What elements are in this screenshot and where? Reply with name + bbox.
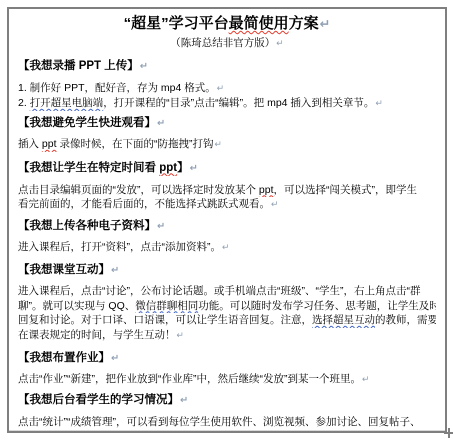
- section-heading-timed-release: 【我想让学生在特定时间看 ppt】↵: [18, 161, 436, 176]
- paragraph-interaction-line4: 在课表规定的时间，与学生互动！↵: [18, 328, 436, 343]
- spellcheck-span: ppt: [42, 138, 57, 150]
- section-heading-prevent-skip: 【我想避免学生快进观看】↵: [18, 116, 436, 131]
- heading-text: 【我想避免学生快进观看】: [18, 117, 156, 129]
- doc-title-pre: “超星”学习平台: [124, 15, 229, 32]
- paragraph-timed-release-line2: 看完前面的，才能看后面的，不能选择式跳跃式观看。↵: [18, 197, 436, 212]
- paragraph-mark-icon: ↵: [319, 16, 331, 31]
- doc-title-post: 方案: [289, 15, 319, 32]
- paragraph-mark-icon: ↵: [374, 98, 382, 108]
- paragraph-text: 聊”。就可以实现与 QQ、: [18, 300, 135, 312]
- paragraph-mark-icon: ↵: [110, 265, 119, 276]
- paragraph-assign-homework: 点击“作业”“新建”，把作业放到“作业库”中，然后继续“发放”到某一个班里。↵: [18, 372, 436, 387]
- paragraph-mark-icon: ↵: [139, 61, 148, 72]
- doc-subtitle-text: （陈琦总结非官方版）: [170, 37, 275, 49]
- paragraph-text: 进入课程后，打开“资料”，点击“添加资料”。: [18, 241, 221, 253]
- grammar-check-span: 微信群聊相同: [135, 300, 198, 312]
- grammar-check-span: 选择超星互动: [312, 314, 375, 326]
- list-item-text: ，打开课程的“目录”点击“编辑”。把 mp4 插入到相关章节。: [103, 97, 374, 109]
- paragraph-text: 点击“作业”“新建”，把作业放到“作业库”中，然后继续“发放”到某一个班里。: [18, 373, 361, 385]
- page-bottom-highlight: [9, 430, 445, 431]
- paragraph-mark-icon: ↵: [156, 118, 165, 129]
- heading-text: 【我想课堂互动】: [18, 264, 110, 276]
- paragraph-mark-icon: ↵: [179, 395, 188, 406]
- paragraph-timed-release-line1: 点击目录编辑页面的“发放”，可以选择定时发放某个 ppt，可以选择“闯关模式”，…: [18, 183, 436, 198]
- paragraph-mark-icon: ↵: [221, 242, 229, 252]
- paragraph-mark-icon: ↵: [213, 139, 221, 149]
- paragraph-text: 功能。可以随时发布学习任务、思考题，让学生及时: [198, 300, 436, 312]
- section-heading-record-ppt: 【我想录播 PPT 上传】↵: [18, 59, 436, 74]
- paragraph-upload-materials: 进入课程后，打开“资料”，点击“添加资料”。↵: [18, 240, 436, 255]
- list-item-text: 1. 制作好 PPT，配好音，存为 mp4 格式。: [18, 82, 216, 94]
- paragraph-mark-icon: ↵: [361, 374, 369, 384]
- list-item-number: 2.: [18, 97, 30, 109]
- paragraph-prevent-skip: 插入 ppt 录像时候，在下面的“防拖拽”打钩↵: [18, 137, 436, 152]
- section-heading-view-progress: 【我想后台看学生的学习情况】↵: [18, 393, 436, 408]
- paragraph-mark-icon: ↵: [176, 330, 184, 340]
- paragraph-text: 点击目录编辑页面的“发放”，可以选择定时发放某个: [18, 184, 259, 196]
- paragraph-mark-icon: ↵: [216, 83, 224, 93]
- paragraph-text: 录像时候，在下面的“防拖拽”打钩: [57, 138, 214, 150]
- paragraph-view-progress: 点击“统计”“成绩管理”，可以看到每位学生使用软件、浏览视频、参加讨论、回复帖子…: [18, 415, 436, 430]
- list-item-2: 2. 打开超星电脑端，打开课程的“目录”点击“编辑”。把 mp4 插入到相关章节…: [18, 96, 436, 111]
- spellcheck-span: ppt: [159, 162, 177, 174]
- paragraph-text: 的教师，需要: [375, 314, 436, 326]
- paragraph-text: 看完前面的，才能看后面的，不能选择式跳跃式观看。: [18, 198, 270, 210]
- paragraph-text: ，可以选择“闯关模式”，即学生: [274, 184, 418, 196]
- heading-text: 【我想布置作业】: [18, 352, 110, 364]
- paragraph-mark-icon: ↵: [110, 353, 119, 364]
- heading-text: 【我想上传各种电子资料】: [18, 220, 156, 232]
- paragraph-interaction-line1: 进入课程后，点击“讨论”，公布讨论话题。或手机端点击“班级”、“学生”，右上角点…: [18, 284, 436, 299]
- spellcheck-span: ppt: [259, 184, 274, 196]
- paragraph-text: 插入: [18, 138, 42, 150]
- paragraph-mark-icon: ↵: [275, 38, 283, 48]
- paragraph-text: 在课表规定的时间，与学生互动！: [18, 329, 176, 341]
- paragraph-text: 回复和讨论。对于口译、口语课，可以让学生语音回复。注意，: [18, 314, 312, 326]
- section-heading-class-interaction: 【我想课堂互动】↵: [18, 263, 436, 278]
- heading-text: 【我想录播 PPT 上传】: [18, 60, 139, 72]
- document-page: “超星”学习平台最简使用方案↵ （陈琦总结非官方版）↵ 【我想录播 PPT 上传…: [7, 7, 447, 433]
- paragraph-mark-icon: ↵: [270, 199, 278, 209]
- doc-title: “超星”学习平台最简使用方案↵: [18, 14, 436, 33]
- paragraph-text: 进入课程后，点击“讨论”，公布讨论话题。或手机端点击“班级”、“学生”，右上角点…: [18, 285, 420, 297]
- paragraph-interaction-line3: 回复和讨论。对于口译、口语课，可以让学生语音回复。注意，选择超星互动的教师，需要: [18, 313, 436, 328]
- heading-text: 【我想让学生在特定时间看: [18, 162, 159, 174]
- paragraph-interaction-line2: 聊”。就可以实现与 QQ、微信群聊相同功能。可以随时发布学习任务、思考题，让学生…: [18, 299, 436, 314]
- section-heading-assign-homework: 【我想布置作业】↵: [18, 351, 436, 366]
- doc-title-spellcheck-span: 最简使用: [229, 15, 289, 32]
- list-item-1: 1. 制作好 PPT，配好音，存为 mp4 格式。↵: [18, 81, 436, 96]
- paragraph-mark-icon: ↵: [189, 163, 198, 174]
- heading-text: 【我想后台看学生的学习情况】: [18, 394, 179, 406]
- grammar-check-span: 打开超星电脑端: [30, 97, 104, 109]
- section-heading-upload-materials: 【我想上传各种电子资料】↵: [18, 219, 436, 234]
- resize-handle[interactable]: [448, 428, 450, 438]
- paragraph-text: 点击“统计”“成绩管理”，可以看到每位学生使用软件、浏览视频、参加讨论、回复帖子…: [18, 416, 421, 428]
- doc-subtitle: （陈琦总结非官方版）↵: [18, 35, 436, 51]
- paragraph-mark-icon: ↵: [156, 221, 165, 232]
- heading-text: 】: [177, 162, 189, 174]
- document-content: “超星”学习平台最简使用方案↵ （陈琦总结非官方版）↵ 【我想录播 PPT 上传…: [9, 9, 445, 429]
